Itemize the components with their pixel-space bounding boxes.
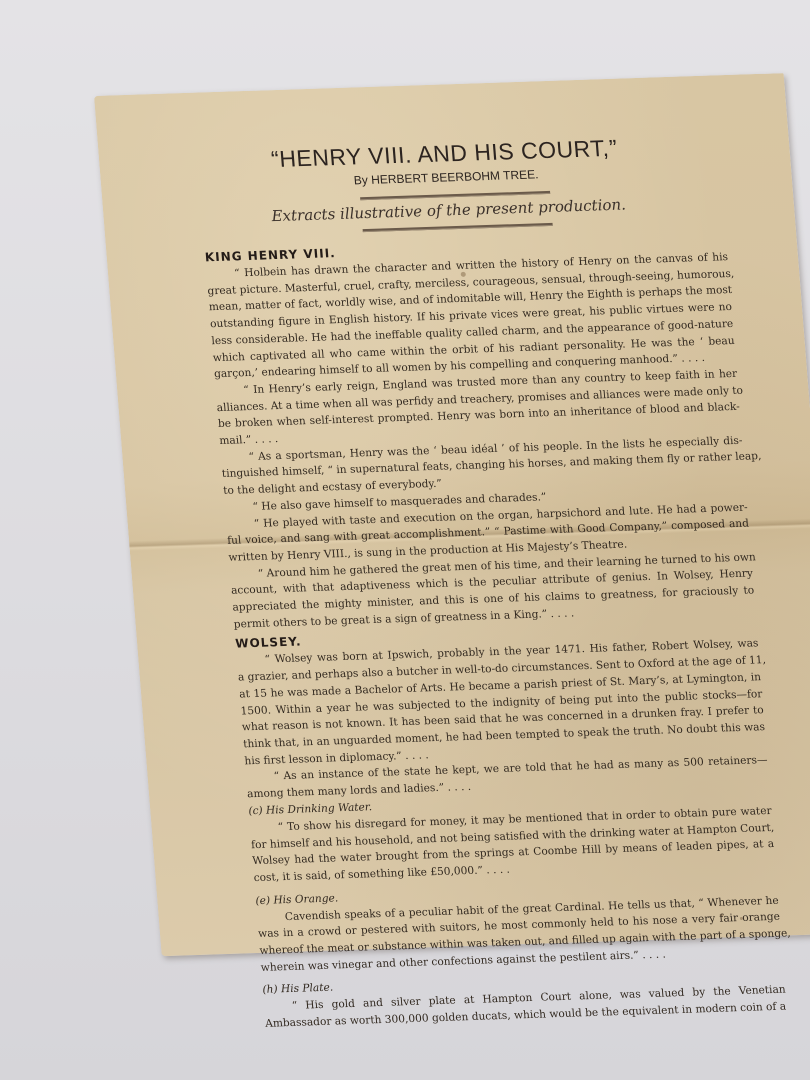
printed-leaflet: “HENRY VIII. AND HIS COURT,” By HERBERT … [94, 73, 810, 956]
wolsey-section-text: “ Wolsey was born at Ipswich, probably i… [236, 636, 770, 803]
document-body: KING HENRY VIII. “ Holbein has drawn the… [204, 231, 787, 1033]
henry-section-text: “ Holbein has drawn the character and wr… [206, 249, 757, 633]
